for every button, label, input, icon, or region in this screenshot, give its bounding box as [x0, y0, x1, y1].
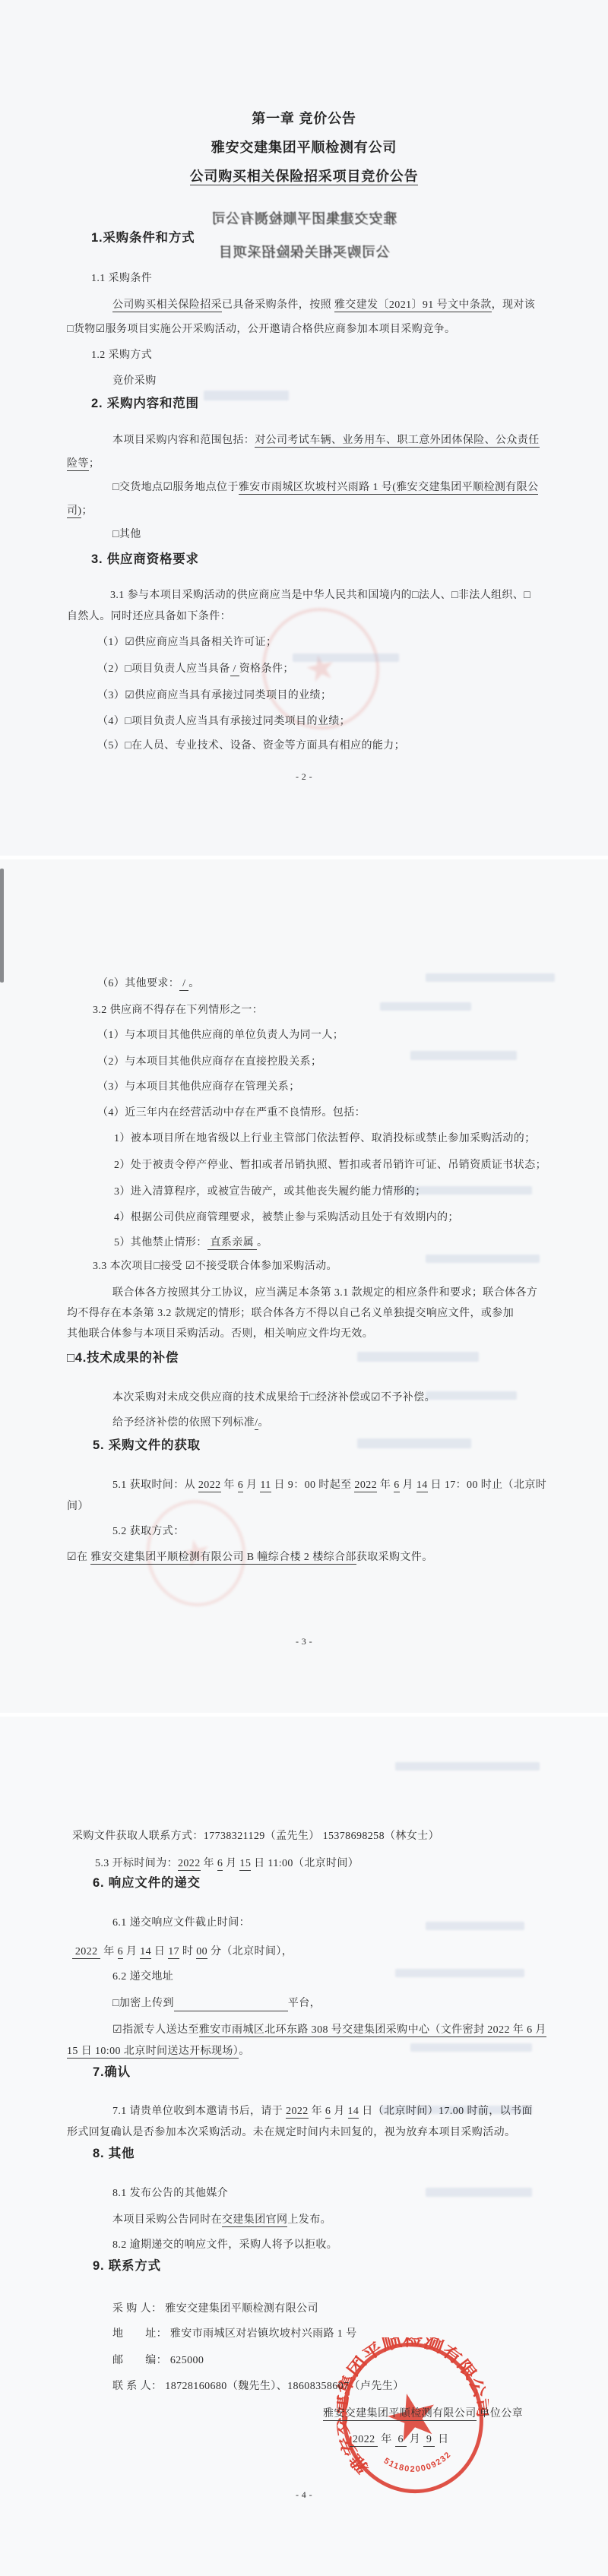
text-line: （4）□项目负责人应当具有承接过同类项目的业绩；	[97, 714, 350, 729]
text-line: □加密上传到平台，	[112, 1996, 321, 2011]
bleed-through-text	[410, 2043, 532, 2052]
page-1: ★ 雅安交建集团平顺检测有公司公司购买相关保险招采项目第一章 竞价公告雅安交建集…	[0, 0, 608, 856]
text-line: 本次采购对未成交供应商的技术成果给于□经济补偿或☑不予补偿。	[112, 1391, 435, 1406]
page-number: - 2 -	[0, 769, 608, 784]
bleed-through-text	[395, 1969, 524, 1977]
purchaser-line: 采 购 人： 雅安交建集团平顺检测有限公司	[112, 2302, 318, 2317]
page-number: - 3 -	[0, 1634, 608, 1649]
text-line: （1）与本项目其他供应商的单位负责人为同一人；	[97, 1028, 344, 1043]
bleed-through-text	[426, 1255, 540, 1263]
clause-6-2: 6.2 递交地址	[112, 1970, 173, 1985]
clause-3-3: 3.3 本次项目□接受 ☑不接受联合体参加采购活动。	[93, 1259, 337, 1274]
section-6-heading: 6. 响应文件的递交	[93, 1875, 201, 1891]
text-line: □交货地点☑服务地点位于雅安市雨城区坎坡村兴雨路 1 号(雅安交建集团平顺检测有…	[112, 480, 538, 495]
text-line: 间）	[67, 1499, 89, 1514]
bleed-through-text	[426, 2188, 532, 2197]
text-line: （3）与本项目其他供应商存在管理关系；	[97, 1080, 300, 1095]
ghost-title-mirror-1: 雅安交建集团平顺检测有公司	[0, 211, 608, 226]
page-2: ★ （6）其他要求： / 。3.2 供应商不得存在下列情形之一：（1）与本项目其…	[0, 859, 608, 1713]
text-line: 司)；	[67, 504, 93, 519]
clause-3-2: 3.2 供应商不得存在下列情形之一：	[93, 1003, 263, 1018]
text-line: ☑指派专人送达至雅安市雨城区北环东路 308 号交建集团采购中心（文件密封 20…	[112, 2023, 546, 2038]
text-line: 均不得存在本条第 3.2 款规定的情形；联合体各方不得以自己名义单独提交响应文件…	[67, 1306, 514, 1321]
bleed-through-text	[410, 1051, 517, 1060]
text-line: （1）☑供应商应当具备相关许可证；	[97, 635, 277, 650]
clause-5-3: 5.3 开标时间为：2022 年 6 月 15 日 11:00（北京时间）	[95, 1856, 359, 1872]
contact-person-line: 联 系 人： 18728160680（魏先生）、18608358607（卢先生）	[112, 2379, 404, 2394]
postcode-line: 邮 编： 625000	[112, 2353, 204, 2369]
bleed-through-text	[293, 653, 399, 662]
ghost-title-mirror-2: 公司购买相关保险招采项目	[0, 245, 608, 260]
page-number: - 4 -	[0, 2487, 608, 2502]
section-3-heading: 3. 供应商资格要求	[91, 552, 199, 567]
section-9-heading: 9. 联系方式	[93, 2258, 161, 2274]
text-line: （2）与本项目其他供应商存在直接控股关系；	[97, 1055, 321, 1070]
text-line: （6）其他要求： / 。	[97, 976, 200, 992]
bleed-through-text	[204, 391, 289, 400]
text-line: □其他	[112, 527, 141, 543]
text-line: 险等；	[67, 457, 100, 472]
text-line: 2022 年 6 月 14 日 17 时 00 分（北京时间），	[72, 1945, 293, 1960]
bleed-through-text	[426, 1922, 524, 1930]
text-line: 自然人。同时还应具备如下条件：	[67, 609, 231, 625]
bleed-through-text	[426, 1391, 517, 1400]
section-1-heading: 1.采购条件和方式	[91, 230, 195, 245]
doc-company-title: 雅安交建集团平顺检测有公司	[0, 140, 608, 155]
clause-3-1: 3.1 参与本项目采购活动的供应商应当是中华人民共和国境内的□法人、□非法人组织…	[110, 588, 530, 603]
text-line: 本项目采购公告同时在交建集团官网上发布。	[112, 2213, 331, 2228]
text-line: 本项目采购内容和范围包括：对公司考试车辆、业务用车、职工意外团体保险、公众责任	[112, 433, 540, 448]
clause-8-1: 8.1 发布公告的其他媒介	[112, 2186, 228, 2201]
scanned-document: ★ 雅安交建集团平顺检测有公司公司购买相关保险招采项目第一章 竞价公告雅安交建集…	[0, 0, 608, 2576]
clause-8-2: 8.2 逾期递交的响应文件，采购人将予以拒收。	[112, 2238, 337, 2253]
bleed-through-text	[426, 973, 555, 982]
text-line: （4）近三年内在经营活动中存在严重不良情形。包括：	[97, 1106, 366, 1121]
text-line: 5）其他禁止情形： 直系亲属 。	[114, 1236, 268, 1251]
address-line: 地 址： 雅安市雨城区对岩镇坎坡村兴雨路 1 号	[112, 2327, 357, 2342]
text-line: （2）□项目负责人应当具备 / 资格条件；	[97, 662, 294, 677]
section-4-heading: □4.技术成果的补偿	[67, 1350, 179, 1366]
clause-6-1: 6.1 递交响应文件截止时间：	[112, 1916, 250, 1931]
text-line: 联合体各方按照其分工协议，应当满足本条第 3.1 款规定的相应条件和要求；联合体…	[112, 1286, 537, 1301]
doc-project-title: 公司购买相关保险招采项目竞价公告	[0, 169, 608, 184]
clause-1-1: 1.1 采购条件	[91, 271, 152, 286]
clause-5-1: 5.1 获取时间：从 2022 年 6 月 11 日 9：00 时起至 2022…	[112, 1478, 546, 1493]
bleed-through-text	[357, 1438, 471, 1448]
section-2-heading: 2. 采购内容和范围	[91, 396, 199, 411]
text-line: （5）□在人员、专业技术、设备、资金等方面具有相应的能力；	[97, 739, 405, 754]
text-line: 竞价采购	[112, 374, 157, 389]
page-3: 雅安交建集团平顺检测有限公司 5118020009232 采购文件获取人联系方式…	[0, 1717, 608, 2576]
text-line: 给予经济补偿的依照下列标准/。	[112, 1416, 269, 1431]
section-7-heading: 7.确认	[93, 2065, 131, 2080]
text-line: □货物☑服务项目实施公开采购活动，公开邀请合格供应商参加本项目采购竞争。	[67, 322, 455, 337]
signature-line: 雅安交建集团平顺检测有限公司 单位公章	[323, 2407, 523, 2422]
text-line: 4）根据公司供应商管理要求，被禁止参与采购活动且处于有效期内的；	[114, 1210, 459, 1226]
bleed-through-text	[380, 1002, 471, 1011]
text-line: 1）被本项目所在地省级以上行业主管部门依法暂停、取消投标或禁止参加采购活动的；	[114, 1131, 536, 1147]
clause-5-2: 5.2 获取方式：	[112, 1524, 185, 1540]
text-line: 形式回复确认是否参加本次采购活动。未在规定时间内未回复的，视为放弃本项目采购活动…	[67, 2125, 515, 2141]
text-line: 其他联合体参与本项目采购活动。否则，相关响应文件均无效。	[67, 1327, 373, 1342]
contact-line: 采购文件获取人联系方式：17738321129（孟先生） 15378698258…	[72, 1829, 439, 1844]
clause-7-1: 7.1 请贵单位收到本邀请书后，请于 2022 年 6 月 14 日（北京时间）…	[112, 2104, 533, 2119]
bleed-through-text	[357, 1352, 479, 1362]
text-line: 公司购买相关保险招采已具备采购条件，按照 雅交建发〔2021〕91 号文中条款，…	[112, 298, 535, 313]
doc-chapter-title: 第一章 竞价公告	[0, 111, 608, 126]
clause-1-2: 1.2 采购方式	[91, 348, 152, 363]
text-line: 15 日 10:00 北京时间送达开标现场）。	[67, 2044, 250, 2059]
text-line: （3）☑供应商应当具有承接过同类项目的业绩；	[97, 688, 331, 704]
scan-edge-smudge	[0, 869, 4, 983]
text-line: 2）处于被责令停产停业、暂扣或者吊销执照、暂扣或者吊销许可证、吊销资质证书状态；	[114, 1158, 546, 1173]
text-line: ☑在 雅安交建集团平顺检测有限公司 B 幢综合楼 2 楼综合部获取采购文件。	[67, 1550, 433, 1565]
section-5-heading: 5. 采购文件的获取	[93, 1438, 201, 1453]
date-line: 2022 年 6 月 9 日	[350, 2432, 449, 2448]
section-8-heading: 8. 其他	[93, 2146, 135, 2161]
text-line: 3）进入清算程序，或被宣告破产，或其他丧失履约能力情形的；	[114, 1185, 426, 1200]
bleed-through-text	[395, 1762, 540, 1771]
